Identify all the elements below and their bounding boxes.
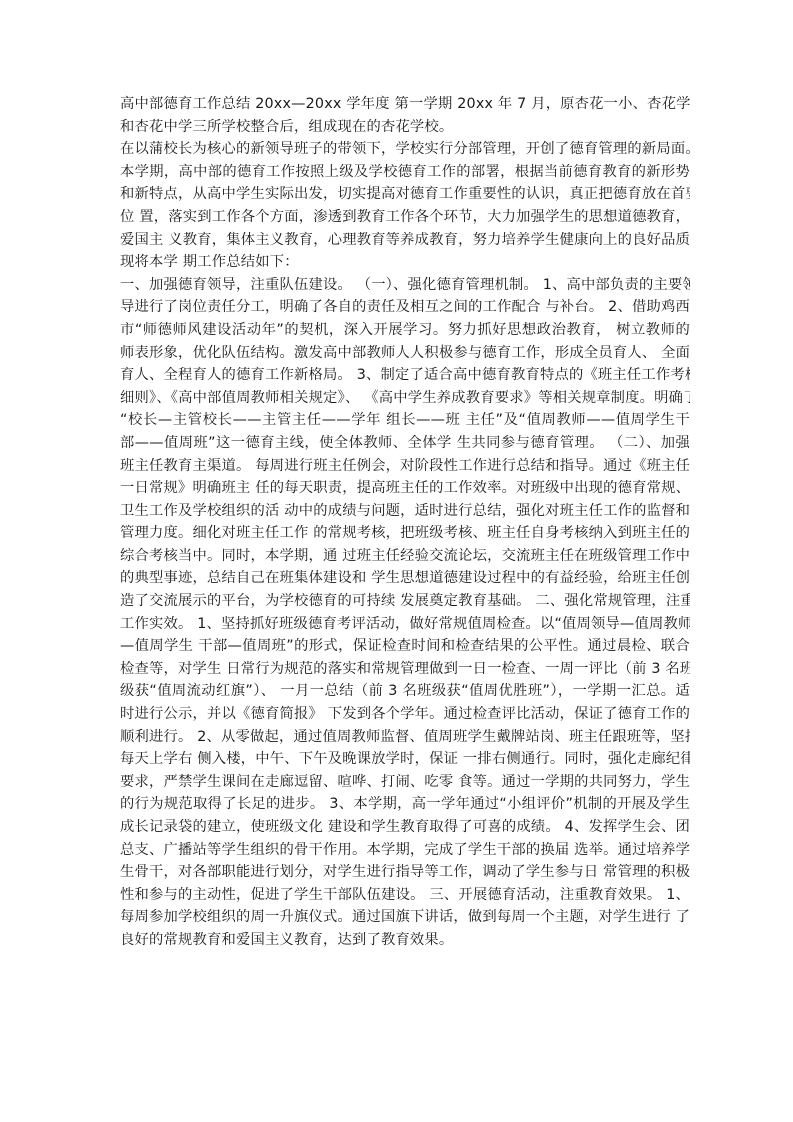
text-line: 的典型事迹，总结自己在班集体建设和 学生思想道德建设过程中的有益经验，给班主任创 [120, 567, 690, 590]
text-line: 级获“值周流动红旗”）、 一月一总结（前 3 名班级获“值周优胜班”），一学期一… [120, 680, 690, 703]
text-line: 良好的常规教育和爱国主义教育，达到了教育效果。 [120, 929, 690, 952]
text-line: 现将本学 期工作总结如下： [120, 251, 690, 274]
text-line: 部——值周班”这一德育主线，使全体教师、全体学 生共同参与德育管理。 （二）、加… [120, 432, 690, 455]
text-line: 每天上学右 侧入楼，中午、下午及晚课放学时，保证 一排右侧通行。同时，强化走廊纪… [120, 748, 690, 771]
text-line: 每周参加学校组织的周一升旗仪式。通过国旗下讲话，做到每周一个主题，对学生进行 了 [120, 906, 690, 929]
text-line: 和新特点，从高中学生实际出发，切实提高对德育工作重要性的认识，真正把德育放在首要 [120, 183, 690, 206]
text-line: 一日常规》明确班主 任的每天职责，提高班主任的工作效率。对班级中出现的德育常规、 [120, 477, 690, 500]
text-line: 导进行了岗位责任分工，明确了各自的责任及相互之间的工作配合 与补台。 2、借助鸡… [120, 296, 690, 319]
text-line: 管理力度。细化对班主任工作 的常规考核，把班级考核、班主任自身考核纳入到班主任的 [120, 522, 690, 545]
text-line: 要求，严禁学生课间在走廊逗留、喧哗、打闹、吃零 食等。通过一学期的共同努力，学生 [120, 771, 690, 794]
text-line: 在以蒲校长为核心的新领导班子的带领下，学校实行分部管理，开创了德育管理的新局面。 [120, 138, 690, 161]
text-line: 本学期，高中部的德育工作按照上级及学校德育工作的部署，根据当前德育教育的新形势 [120, 161, 690, 184]
text-line: 市“师德师风建设活动年”的契机，深入开展学习。努力抓好思想政治教育， 树立教师的 [120, 319, 690, 342]
text-line: 位 置，落实到工作各个方面，渗透到教育工作各个环节，大力加强学生的思想道德教育， [120, 206, 690, 229]
text-line: “校长—主管校长——主管主任——学年 组长——班 主任”及“值周教师——值周学生… [120, 409, 690, 432]
text-line: 育人、全程育人的德育工作新格局。 3、制定了适合高中德育教育特点的《班主任工作考… [120, 364, 690, 387]
text-line: 班主任教育主渠道。 每周进行班主任例会，对阶段性工作进行总结和指导。通过《班主任 [120, 455, 690, 478]
text-line: 高中部德育工作总结 20xx—20xx 学年度 第一学期 20xx 年 7 月，… [120, 93, 690, 116]
text-line: 一、加强德育领导，注重队伍建设。 （一）、强化德育管理机制。 1、高中部负责的主… [120, 274, 690, 297]
text-line: 综合考核当中。同时，本学期，通 过班主任经验交流论坛，交流班主任在班级管理工作中 [120, 545, 690, 568]
text-line: 工作实效。 1、坚持抓好班级德育考评活动，做好常规值周检查。以“值周领导—值周教… [120, 613, 690, 636]
text-line: 生骨干，对各部职能进行划分，对学生进行指导等工作，调动了学生参与日 常管理的积极 [120, 861, 690, 884]
text-line: —值周学生 干部—值周班”的形式，保证检查时间和检查结果的公平性。通过晨检、联合 [120, 635, 690, 658]
text-line: 造了交流展示的平台，为学校德育的可持续 发展奠定教育基础。 二、强化常规管理，注… [120, 590, 690, 613]
text-line: 总支、广播站等学生组织的骨干作用。本学期，完成了学生干部的换届 选举。通过培养学 [120, 839, 690, 862]
text-line: 师表形象，优化队伍结构。激发高中部教师人人积极参与德育工作，形成全员育人、 全面 [120, 342, 690, 365]
text-line: 细则》、《高中部值周教师相关规定》、 《高中学生养成教育要求》等相关规章制度。明… [120, 387, 690, 410]
text-line: 性和参与的主动性，促进了学生干部队伍建设。 三、开展德育活动，注重教育效果。 1… [120, 884, 690, 907]
text-line: 的行为规范取得了长足的进步。 3、本学期，高一学年通过“小组评价”机制的开展及学… [120, 793, 690, 816]
text-line: 卫生工作及学校组织的活 动中的成绩与问题，适时进行总结，强化对班主任工作的监督和 [120, 500, 690, 523]
text-line: 爱国主 义教育，集体主义教育，心理教育等养成教育，努力培养学生健康向上的良好品质… [120, 229, 690, 252]
text-line: 顺利进行。 2、从零做起，通过值周教师监督、值周班学生戴牌站岗、班主任跟班等，坚… [120, 726, 690, 749]
text-line: 检查等，对学生 日常行为规范的落实和常规管理做到一日一检查、一周一评比（前 3 … [120, 658, 690, 681]
text-line: 成长记录袋的建立，使班级文化 建设和学生教育取得了可喜的成绩。 4、发挥学生会、… [120, 816, 690, 839]
document-page: 高中部德育工作总结 20xx—20xx 学年度 第一学期 20xx 年 7 月，… [120, 93, 690, 952]
text-line: 和杏花中学三所学校整合后，组成现在的杏花学校。 [120, 116, 690, 139]
text-line: 时进行公示，并以《德育简报》 下发到各个学年。通过检查评比活动，保证了德育工作的 [120, 703, 690, 726]
